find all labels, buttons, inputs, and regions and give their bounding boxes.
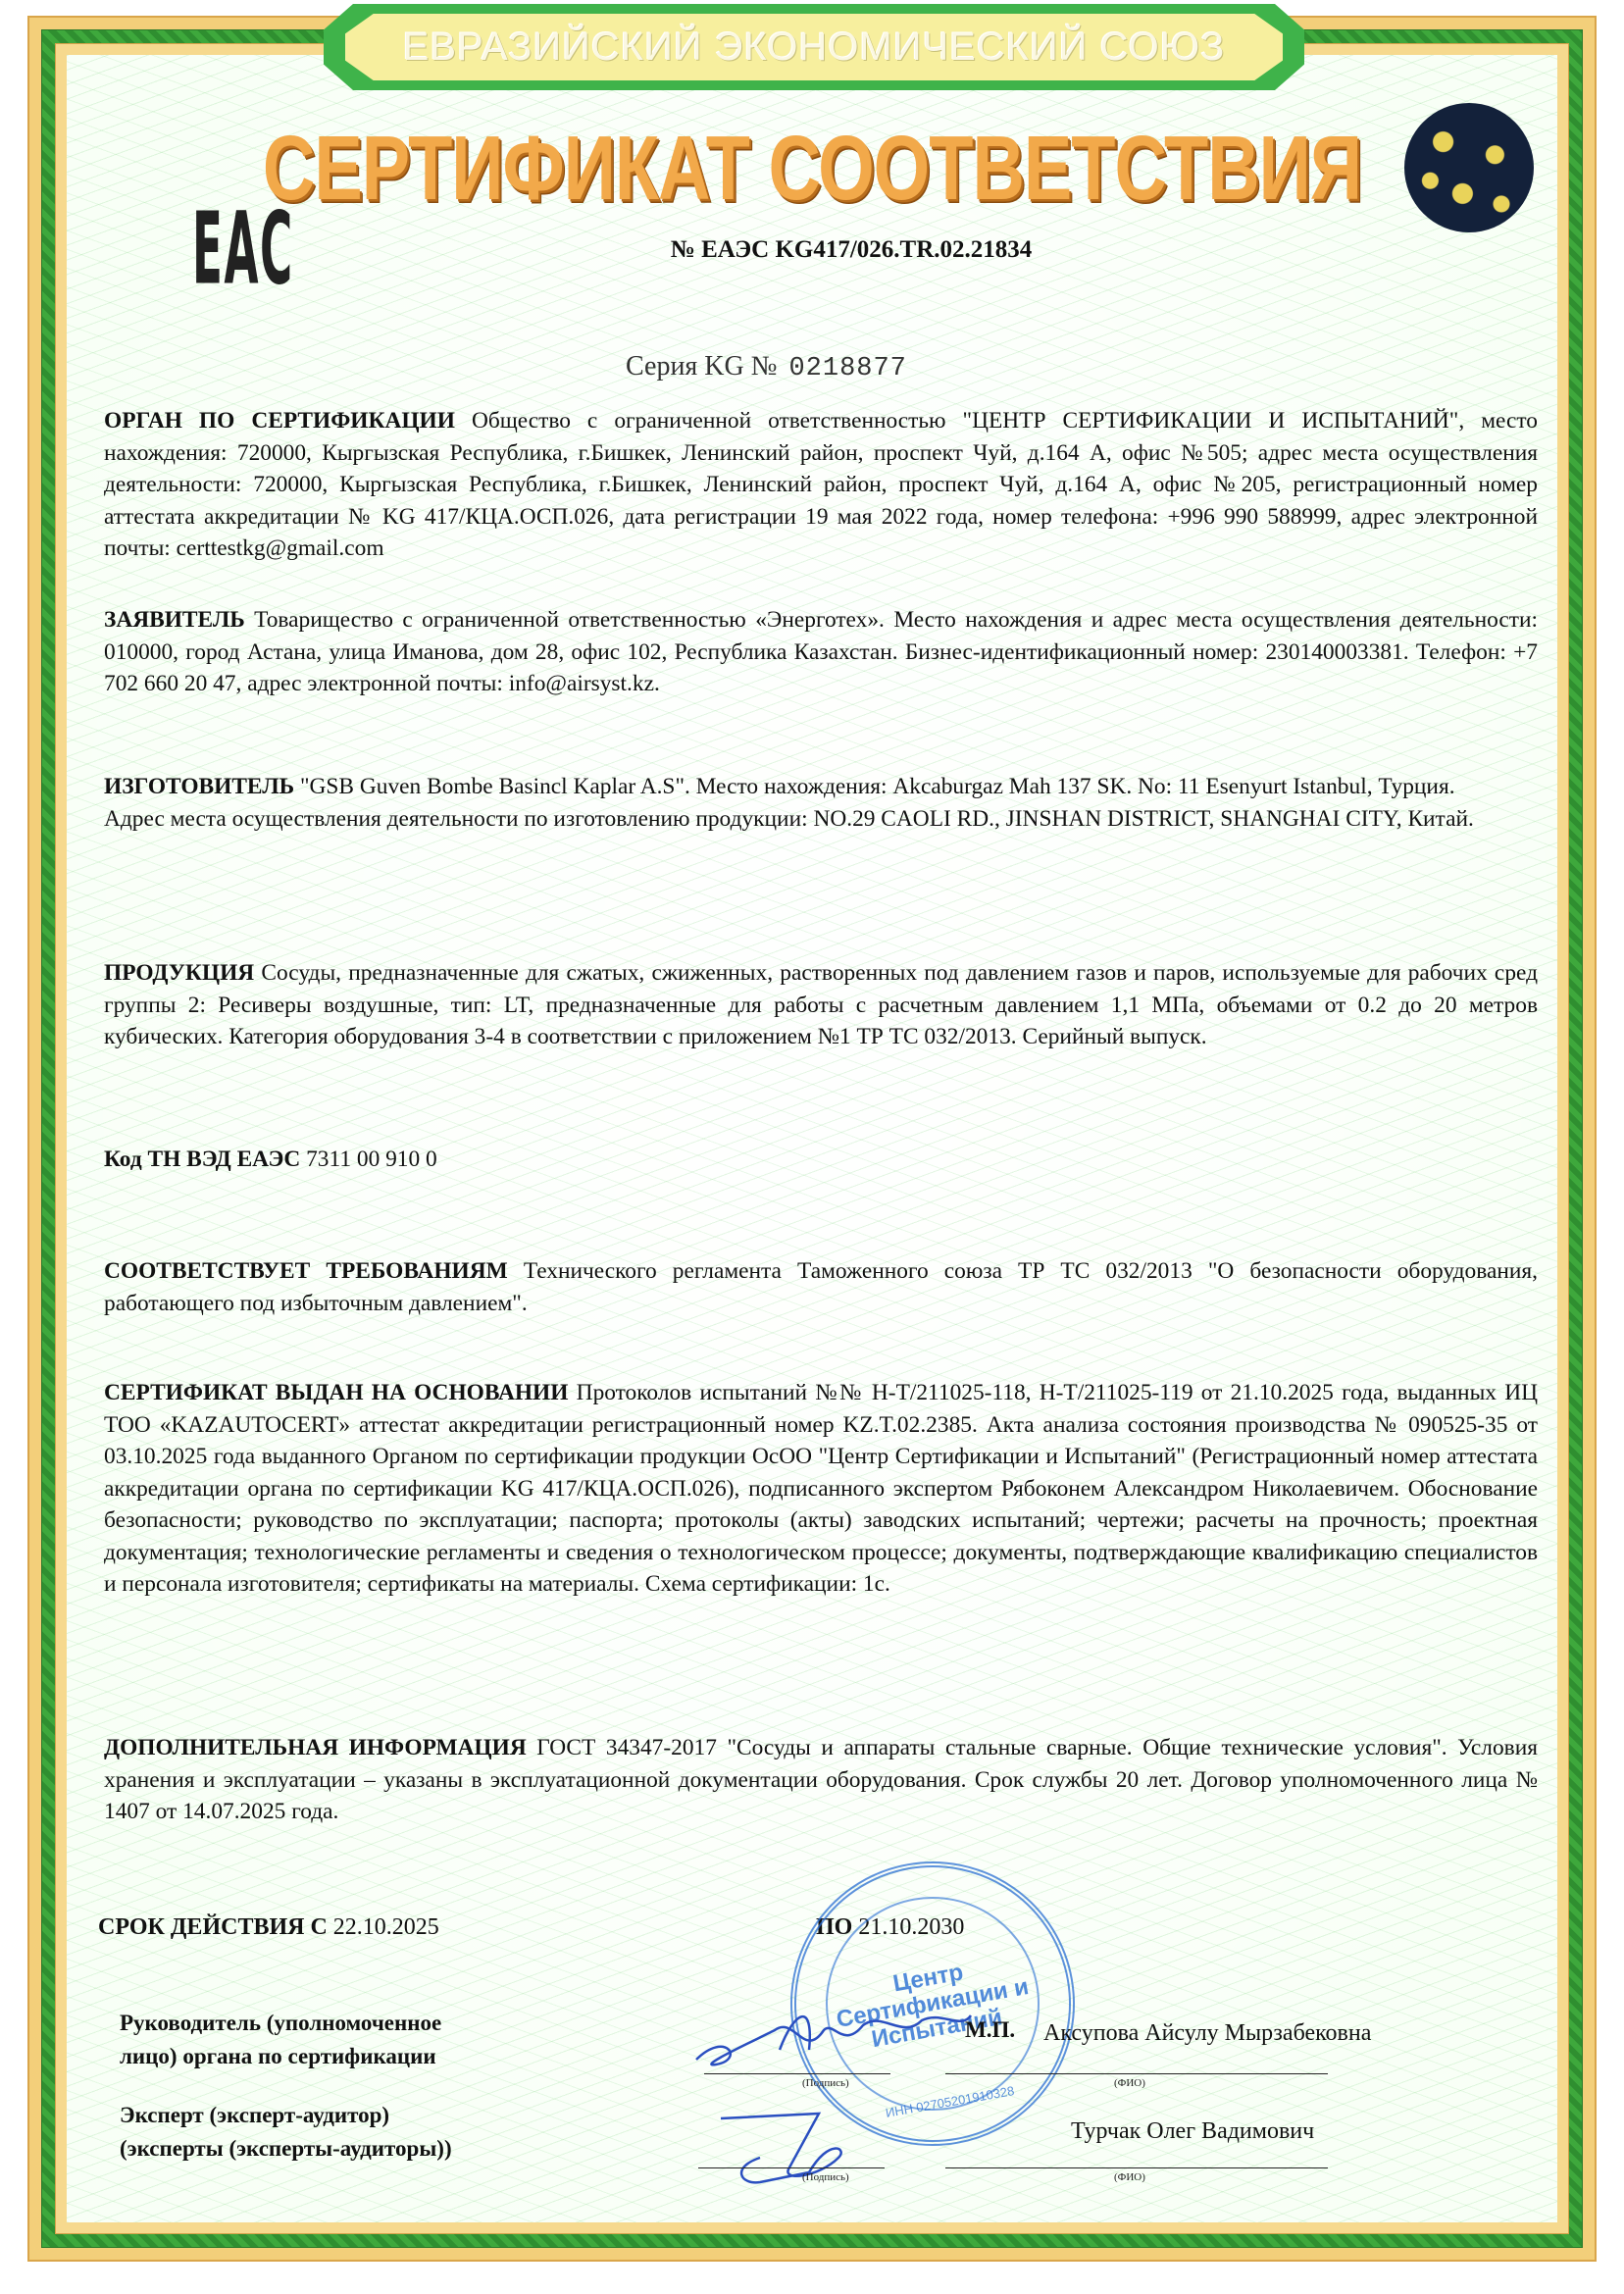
expert-signature-caption: (Подпись) (802, 2171, 849, 2183)
certificate-number: № ЕАЭС KG417/026.TR.02.21834 (0, 236, 1624, 264)
head-name-line (945, 2073, 1328, 2074)
expert-signatory-label: Эксперт (эксперт-аудитор) (эксперты (экс… (120, 2099, 452, 2166)
expert-name-line (945, 2167, 1328, 2168)
union-banner-text: ЕВРАЗИЙСКИЙ ЭКОНОМИЧЕСКИЙ СОЮЗ (403, 25, 1226, 70)
union-banner: ЕВРАЗИЙСКИЙ ЭКОНОМИЧЕСКИЙ СОЮЗ (324, 4, 1304, 90)
validity-from: СРОК ДЕЙСТВИЯ С 22.10.2025 (98, 1914, 439, 1941)
section-label: Код ТН ВЭД ЕАЭС (104, 1147, 300, 1172)
section-label: ПРОДУКЦИЯ (104, 960, 254, 986)
section-label: ОРГАН ПО СЕРТИФИКАЦИИ (104, 408, 455, 433)
head-signature-icon (686, 1991, 981, 2079)
section-label: ЗАЯВИТЕЛЬ (104, 607, 245, 633)
section-text: Протоколов испытаний №№ H-T/211025-118, … (104, 1380, 1538, 1597)
series-value: 0218877 (788, 354, 906, 383)
expert-name-caption: (ФИО) (1114, 2171, 1145, 2183)
expert-name: Турчак Олег Вадимович (1071, 2118, 1314, 2145)
section-certification-body: ОРГАН ПО СЕРТИФИКАЦИИ Общество с огранич… (104, 405, 1538, 565)
expert-signature-icon (701, 2099, 897, 2187)
section-applicant: ЗАЯВИТЕЛЬ Товарищество с ограниченной от… (104, 604, 1538, 700)
section-conformity: СООТВЕТСТВУЕТ ТРЕБОВАНИЯМ Технического р… (104, 1255, 1538, 1319)
section-text: Сосуды, предназначенные для сжатых, сжиж… (104, 960, 1538, 1049)
section-label: СЕРТИФИКАТ ВЫДАН НА ОСНОВАНИИ (104, 1380, 568, 1405)
hologram-sticker-icon (1404, 103, 1534, 232)
head-signatory-label: Руководитель (уполномоченное лицо) орган… (120, 2007, 441, 2073)
section-additional-info: ДОПОЛНИТЕЛЬНАЯ ИНФОРМАЦИЯ ГОСТ 34347-201… (104, 1732, 1538, 1828)
head-signature-caption: (Подпись) (802, 2077, 849, 2089)
section-label: ДОПОЛНИТЕЛЬНАЯ ИНФОРМАЦИЯ (104, 1735, 527, 1760)
section-label: СООТВЕТСТВУЕТ ТРЕБОВАНИЯМ (104, 1258, 508, 1284)
validity-from-label: СРОК ДЕЙСТВИЯ С (98, 1914, 328, 1940)
production-address: Адрес места осуществления деятельности п… (104, 806, 1474, 832)
head-name-caption: (ФИО) (1114, 2077, 1145, 2089)
series-label: Серия KG № (626, 351, 777, 382)
stamp-place-label: М.П. (965, 2017, 1015, 2043)
hs-code-value: 7311 00 910 0 (306, 1147, 437, 1172)
head-signature-line (704, 2073, 890, 2074)
section-text: "GSB Guven Bombe Basincl Kaplar A.S". Ме… (300, 774, 1455, 799)
series-number: Серия KG №0218877 (626, 351, 907, 383)
section-manufacturer: ИЗГОТОВИТЕЛЬ "GSB Guven Bombe Basincl Ka… (104, 771, 1538, 835)
section-text: Товарищество с ограниченной ответственно… (104, 607, 1538, 696)
head-name: Аксупова Айсулу Мырзабековна (1043, 2020, 1371, 2047)
section-hs-code: Код ТН ВЭД ЕАЭС 7311 00 910 0 (104, 1144, 1538, 1176)
section-product: ПРОДУКЦИЯ Сосуды, предназначенные для сж… (104, 957, 1538, 1053)
expert-signature-line (698, 2167, 885, 2168)
section-label: ИЗГОТОВИТЕЛЬ (104, 774, 294, 799)
validity-from-date: 22.10.2025 (333, 1914, 439, 1940)
section-basis: СЕРТИФИКАТ ВЫДАН НА ОСНОВАНИИ Протоколов… (104, 1377, 1538, 1601)
